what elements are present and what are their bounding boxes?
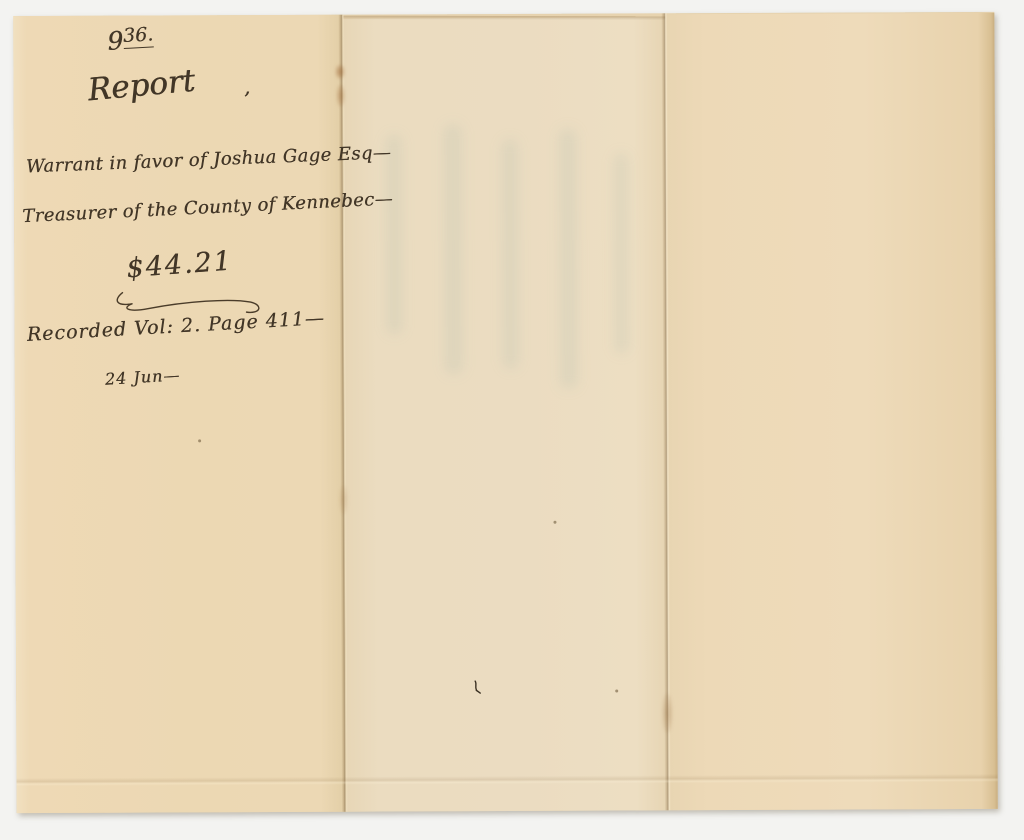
docket-number-sub: 36. — [122, 23, 154, 49]
ink-showthrough — [444, 124, 463, 374]
ink-showthrough — [559, 129, 578, 389]
fox-stain — [339, 485, 347, 515]
docket-number: 936. — [107, 24, 155, 56]
ink-showthrough — [614, 153, 629, 353]
fox-stain — [662, 693, 672, 733]
fox-stain — [335, 65, 344, 79]
scan-background: 936. Report ’ Warrant in favor of Joshua… — [0, 0, 1024, 840]
ink-showthrough — [386, 134, 403, 334]
ink-showthrough — [502, 139, 519, 369]
paper-panel-left — [13, 15, 346, 813]
paper-panel-right — [665, 13, 997, 810]
middle-panel-top-edge — [343, 16, 665, 21]
stray-ink-mark — [471, 680, 483, 696]
docket-number-main: 9 — [107, 26, 125, 56]
paper-speck — [198, 439, 201, 442]
paper-speck — [615, 690, 618, 693]
fox-stain — [337, 85, 345, 107]
paper-speck — [553, 521, 556, 524]
stray-pen-mark: ’ — [244, 87, 250, 111]
document-paper: 936. Report ’ Warrant in favor of Joshua… — [13, 12, 997, 813]
